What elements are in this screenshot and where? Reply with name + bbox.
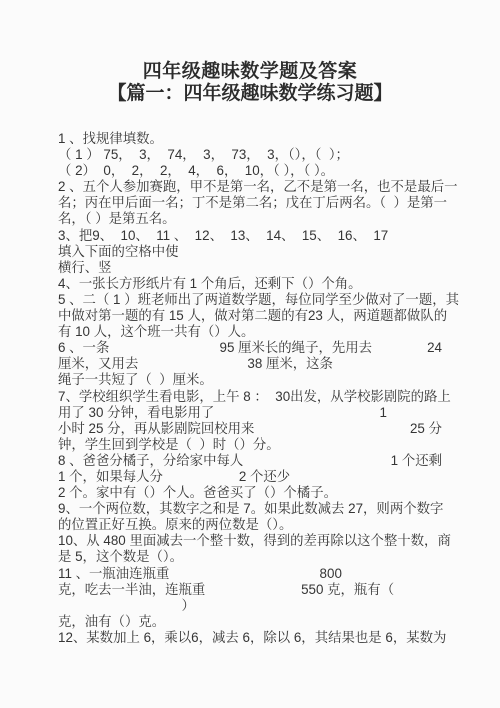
text-segment: 8 、爸爸分橘子，分给家中每人 [58,453,243,469]
text-line: 小时 25 分，再从影剧院回校用来25 分 [58,421,442,437]
text-line: 用了 30 分钟，看电影用了1 [58,405,442,421]
text-line: 12、某数加上 6，乘以6，减去 6，除以 6，其结果也是 6，某数为 [58,630,442,646]
text-line: 名，（ ）是第五名。 [58,211,442,227]
document-title: 四年级趣味数学题及答案 [58,61,442,83]
text-line: 9、一个两位数，其数字之和是 7。如果此数减去 27，则两个数字 [58,501,442,517]
text-segment: 1 [379,405,386,421]
text-line: 的位置正好互换。原来的两位数是（）。 [58,517,442,533]
text-segment: （ 1 ） 75， 3， 74， 3， 73， 3，（），（ ）； [58,147,349,163]
text-segment: 2 个。家中有（）个人。爸爸买了（）个橘子。 [58,485,337,501]
text-segment: 的位置正好互换。原来的两位数是（）。 [58,517,292,533]
text-segment: 800 [320,566,342,582]
text-line: 3、把9、 10、 11 、 12、 13、 14、 15、 16、 17 [58,228,442,244]
text-line: 2 、五个人参加赛跑，甲不是第一名，乙不是第一名，也不是最后一 [58,179,442,195]
text-line: 5 、二（ 1 ）班老师出了两道数学题，每位同学至少做对了一题，其 [58,292,442,308]
text-segment: 1 个，如果每人分 [58,469,163,485]
text-line: 钟，学生回到学校是（ ）时（）分。 [58,437,442,453]
text-segment: 6 、一条 [58,340,109,356]
text-line: 有 10 人，这个班一共有（）人。 [58,324,442,340]
text-line: 填入下面的空格中使 [58,244,442,260]
text-line: 1 个，如果每人分2 个还少 [58,469,442,485]
document-header: 四年级趣味数学题及答案 【篇一：四年级趣味数学练习题】 [58,61,442,105]
text-line: 是 5，这个数是（）。 [58,549,442,565]
text-segment: 24 [427,340,442,356]
text-segment: 名；丙在甲后面一名；丁不是第二名；戊在丁后两名。（ ）是第一 [58,195,447,211]
document-page: 四年级趣味数学题及答案 【篇一：四年级趣味数学练习题】 1 、找规律填数。（ 1… [0,0,500,708]
text-segment: 12、某数加上 6，乘以6，减去 6，除以 6，其结果也是 6，某数为 [58,630,446,646]
text-line: 11 、一瓶油连瓶重800 [58,566,442,582]
text-line: 横行、竖 [58,260,442,276]
text-segment: 11 、一瓶油连瓶重 [58,566,169,582]
text-line: 名；丙在甲后面一名；丁不是第二名；戊在丁后两名。（ ）是第一 [58,195,442,211]
text-segment: 10、从 480 里面减去一个整十数，得到的差再除以这个整十数，商 [58,533,451,549]
text-segment: 5 、二（ 1 ）班老师出了两道数学题，每位同学至少做对了一题，其 [58,292,459,308]
text-segment: 厘米，又用去 [58,356,138,372]
text-line: （ 1 ） 75， 3， 74， 3， 73， 3，（），（ ）； [58,147,442,163]
document-lines: 1 、找规律填数。（ 1 ） 75， 3， 74， 3， 73， 3，（），（ … [58,131,442,646]
document-subtitle: 【篇一：四年级趣味数学练习题】 [58,83,442,105]
text-segment: 名，（ ）是第五名。 [58,211,176,227]
text-line: （ 2） 0， 2， 2， 4， 6， 10，（ ），（ ）。 [58,163,442,179]
text-segment: 克，油有（）克。 [58,614,165,630]
text-line: 1 、找规律填数。 [58,131,442,147]
text-segment: 9、一个两位数，其数字之和是 7。如果此数减去 27，则两个数字 [58,501,443,517]
text-line: 7、学校组织学生看电影，上午 8 ： 30出发，从学校影剧院的路上 [58,389,442,405]
text-segment: 绳子一共短了（ ）厘米。 [58,372,213,388]
text-segment: 克，吃去一半油，连瓶重 [58,582,205,598]
text-line: 2 个。家中有（）个人。爸爸买了（）个橘子。 [58,485,442,501]
text-line: 6 、一条95 厘米长的绳子，先用去24 [58,340,442,356]
text-segment: 38 厘米，这条 [247,356,333,372]
text-segment: 3、把9、 10、 11 、 12、 13、 14、 15、 16、 17 [58,228,388,244]
text-segment: 25 分 [410,421,442,437]
text-segment: 有 10 人，这个班一共有（）人。 [58,324,254,340]
text-segment: 中做对第一题的有 15 人，做对第二题的有23 人，两道题都做队的 [58,308,447,324]
text-segment: 1 个还剩 [391,453,442,469]
text-line: 中做对第一题的有 15 人，做对第二题的有23 人，两道题都做队的 [58,308,442,324]
text-line: ） [58,598,442,614]
text-segment: 95 厘米长的绳子，先用去 [220,340,373,356]
text-segment: 2 个还少 [239,469,290,485]
text-segment: （ 2） 0， 2， 2， 4， 6， 10，（ ），（ ）。 [58,163,334,179]
text-segment: 550 克，瓶有（ [301,582,394,598]
text-segment: 2 、五个人参加赛跑，甲不是第一名，乙不是第一名，也不是最后一 [58,179,458,195]
text-segment: 用了 30 分钟，看电影用了 [58,405,214,421]
text-segment: 1 、找规律填数。 [58,131,163,147]
text-line: 克，吃去一半油，连瓶重550 克，瓶有（ [58,582,442,598]
text-line: 4、一张长方形纸片有 1 个角后，还剩下（）个角。 [58,276,442,292]
text-segment: 是 5，这个数是（）。 [58,549,183,565]
text-line: 8 、爸爸分橘子，分给家中每人1 个还剩 [58,453,442,469]
text-segment: 横行、竖 [58,260,112,276]
text-segment: 钟，学生回到学校是（ ）时（）分。 [58,437,280,453]
text-line: 绳子一共短了（ ）厘米。 [58,372,442,388]
text-line: 厘米，又用去38 厘米，这条 [58,356,442,372]
text-segment: 填入下面的空格中使 [58,244,179,260]
text-line: 克，油有（）克。 [58,614,442,630]
text-segment: ） [182,598,195,614]
text-segment: 7、学校组织学生看电影，上午 8 ： 30出发，从学校影剧院的路上 [58,389,451,405]
text-segment: 4、一张长方形纸片有 1 个角后，还剩下（）个角。 [58,276,362,292]
text-segment: 小时 25 分，再从影剧院回校用来 [58,421,254,437]
text-line: 10、从 480 里面减去一个整十数，得到的差再除以这个整十数，商 [58,533,442,549]
page-content: 四年级趣味数学题及答案 【篇一：四年级趣味数学练习题】 1 、找规律填数。（ 1… [0,0,500,708]
